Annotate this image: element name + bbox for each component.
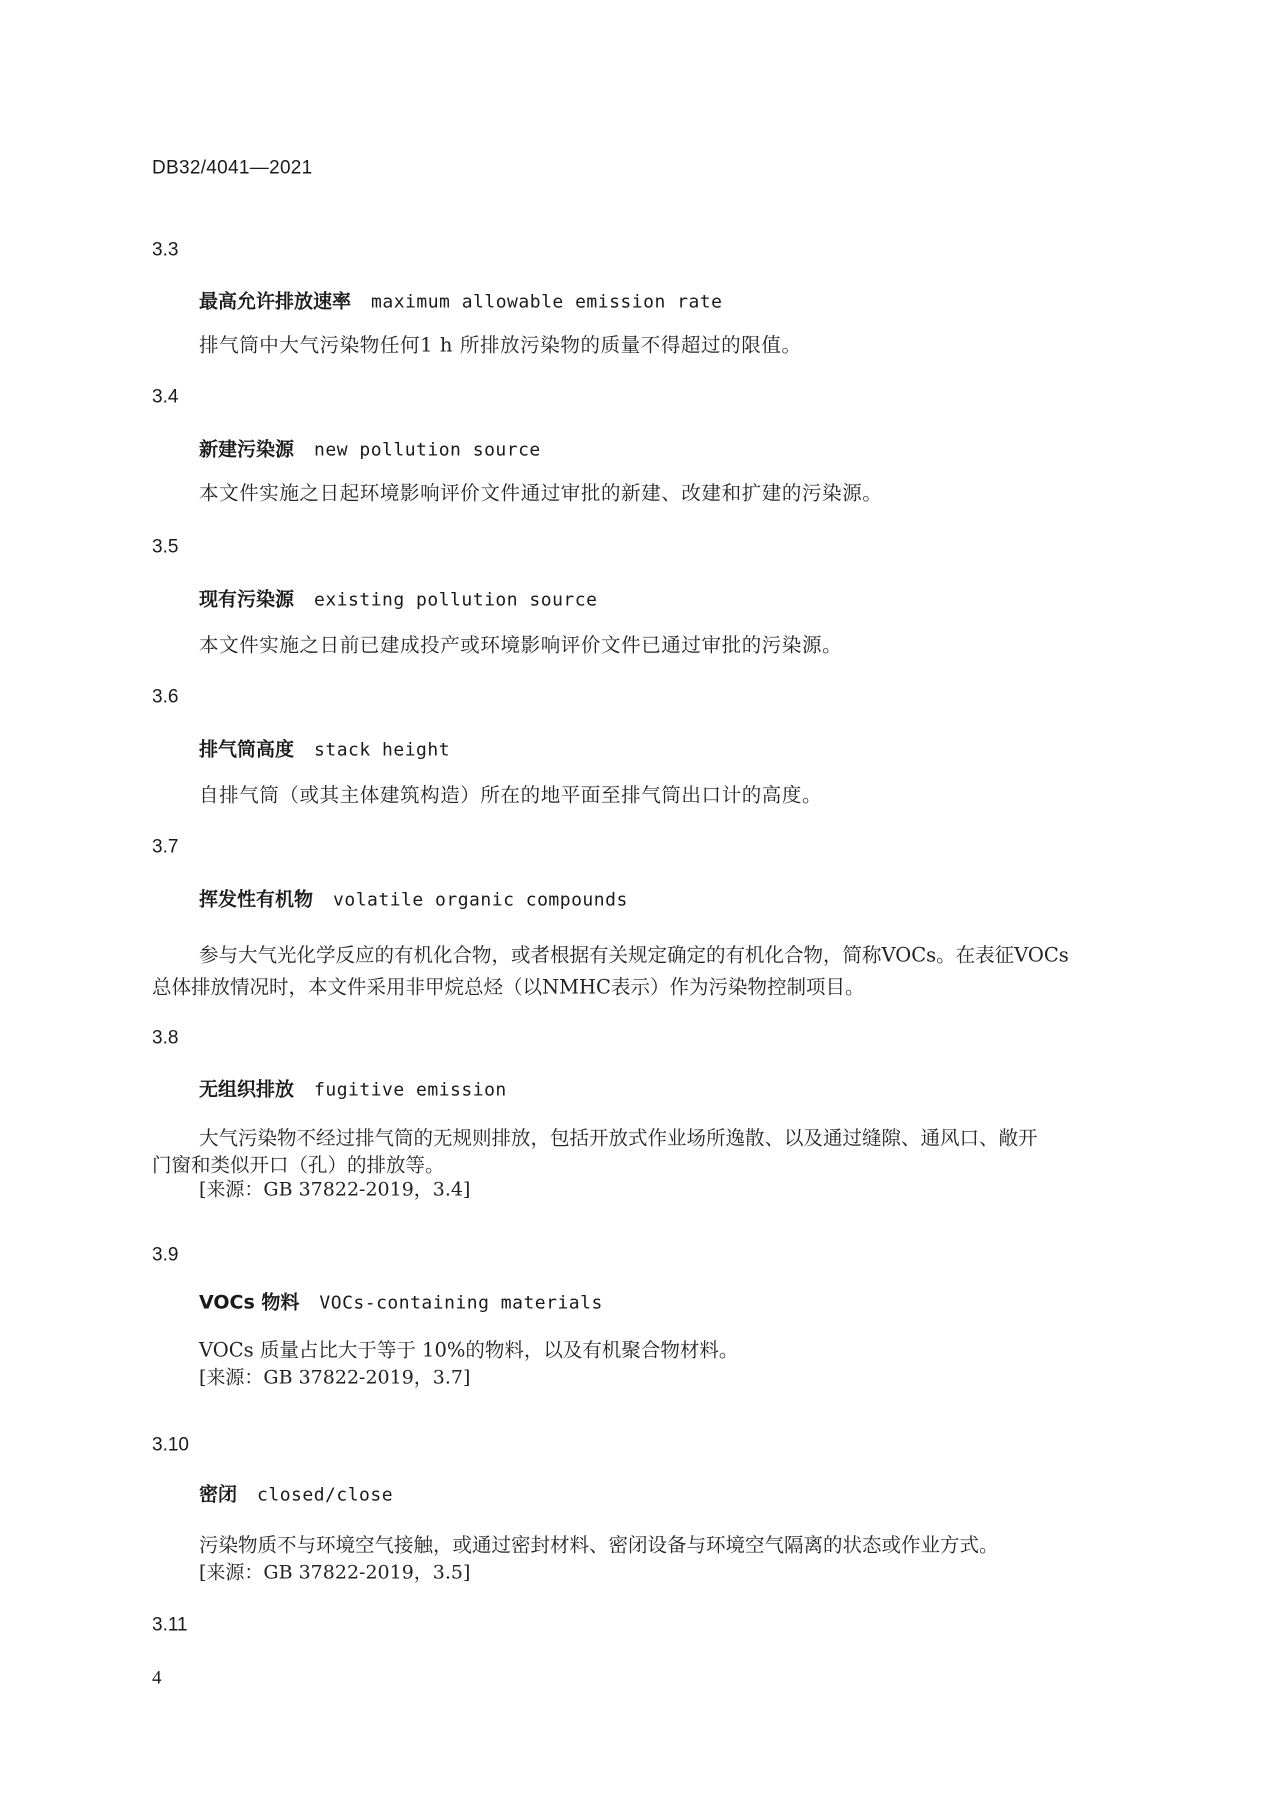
term-definition: VOCs 质量占比大于等于 10%的物料，以及有机聚合物材料。	[199, 1340, 738, 1360]
section-number: 3.7	[152, 838, 178, 857]
term-heading: 现有污染源existing pollution source	[199, 591, 597, 610]
term-chinese: 最高允许排放速率	[199, 291, 351, 313]
term-heading: VOCs 物料VOCs-containing materials	[199, 1294, 603, 1313]
term-definition: 本文件实施之日起环境影响评价文件通过审批的新建、改建和扩建的污染源。	[199, 483, 882, 503]
source-citation: [来源：GB 37822-2019，3.4]	[199, 1181, 470, 1200]
section-number: 3.8	[152, 1029, 178, 1048]
term-heading: 最高允许排放速率maximum allowable emission rate	[199, 293, 722, 312]
term-definition: 本文件实施之日前已建成投产或环境影响评价文件已通过审批的污染源。	[199, 635, 842, 655]
term-heading: 挥发性有机物volatile organic compounds	[199, 891, 628, 910]
term-chinese: 挥发性有机物	[199, 889, 313, 911]
term-chinese: 新建污染源	[199, 439, 294, 461]
term-chinese: 密闭	[199, 1484, 237, 1506]
term-definition-continuation: 总体排放情况时，本文件采用非甲烷总烃（以NMHC表示）作为污染物控制项目。	[152, 977, 864, 997]
term-heading: 新建污染源new pollution source	[199, 441, 541, 460]
term-english: stack height	[314, 740, 450, 761]
section-number: 3.11	[152, 1616, 188, 1635]
page-number: 4	[152, 1669, 162, 1688]
term-english: VOCs-containing materials	[319, 1293, 602, 1314]
source-citation: [来源：GB 37822-2019，3.7]	[199, 1369, 470, 1388]
section-number: 3.9	[152, 1246, 178, 1265]
term-definition: 自排气筒（或其主体建筑构造）所在的地平面至排气筒出口计的高度。	[199, 785, 822, 805]
term-english: volatile organic compounds	[333, 890, 628, 911]
term-english: maximum allowable emission rate	[371, 292, 722, 313]
term-definition-continuation: 门窗和类似开口（孔）的排放等。	[152, 1155, 445, 1175]
term-definition: 污染物质不与环境空气接触，或通过密封材料、密闭设备与环境空气隔离的状态或作业方式…	[199, 1535, 999, 1555]
term-heading: 密闭closed/close	[199, 1486, 393, 1505]
section-number: 3.3	[152, 241, 178, 260]
term-definition: 排气筒中大气污染物任何1 h 所排放污染物的质量不得超过的限值。	[199, 335, 802, 355]
term-chinese: 排气筒高度	[199, 739, 294, 761]
term-heading: 无组织排放fugitive emission	[199, 1081, 507, 1100]
term-english: new pollution source	[314, 440, 541, 461]
source-citation: [来源：GB 37822-2019，3.5]	[199, 1564, 470, 1583]
section-number: 3.10	[152, 1436, 189, 1455]
document-id-header: DB32/4041—2021	[152, 159, 313, 178]
term-english: fugitive emission	[314, 1080, 507, 1101]
section-number: 3.4	[152, 388, 178, 407]
term-definition: 大气污染物不经过排气筒的无规则排放，包括开放式作业场所逸散、以及通过缝隙、通风口…	[199, 1128, 1038, 1148]
term-english: closed/close	[257, 1485, 393, 1506]
term-chinese: 现有污染源	[199, 589, 294, 611]
term-heading: 排气筒高度stack height	[199, 741, 450, 760]
term-chinese: 无组织排放	[199, 1079, 294, 1101]
term-english: existing pollution source	[314, 590, 597, 611]
term-chinese: VOCs 物料	[199, 1292, 299, 1314]
term-definition: 参与大气光化学反应的有机化合物，或者根据有关规定确定的有机化合物，简称VOCs。…	[199, 945, 1069, 965]
section-number: 3.5	[152, 538, 178, 557]
section-number: 3.6	[152, 688, 178, 707]
